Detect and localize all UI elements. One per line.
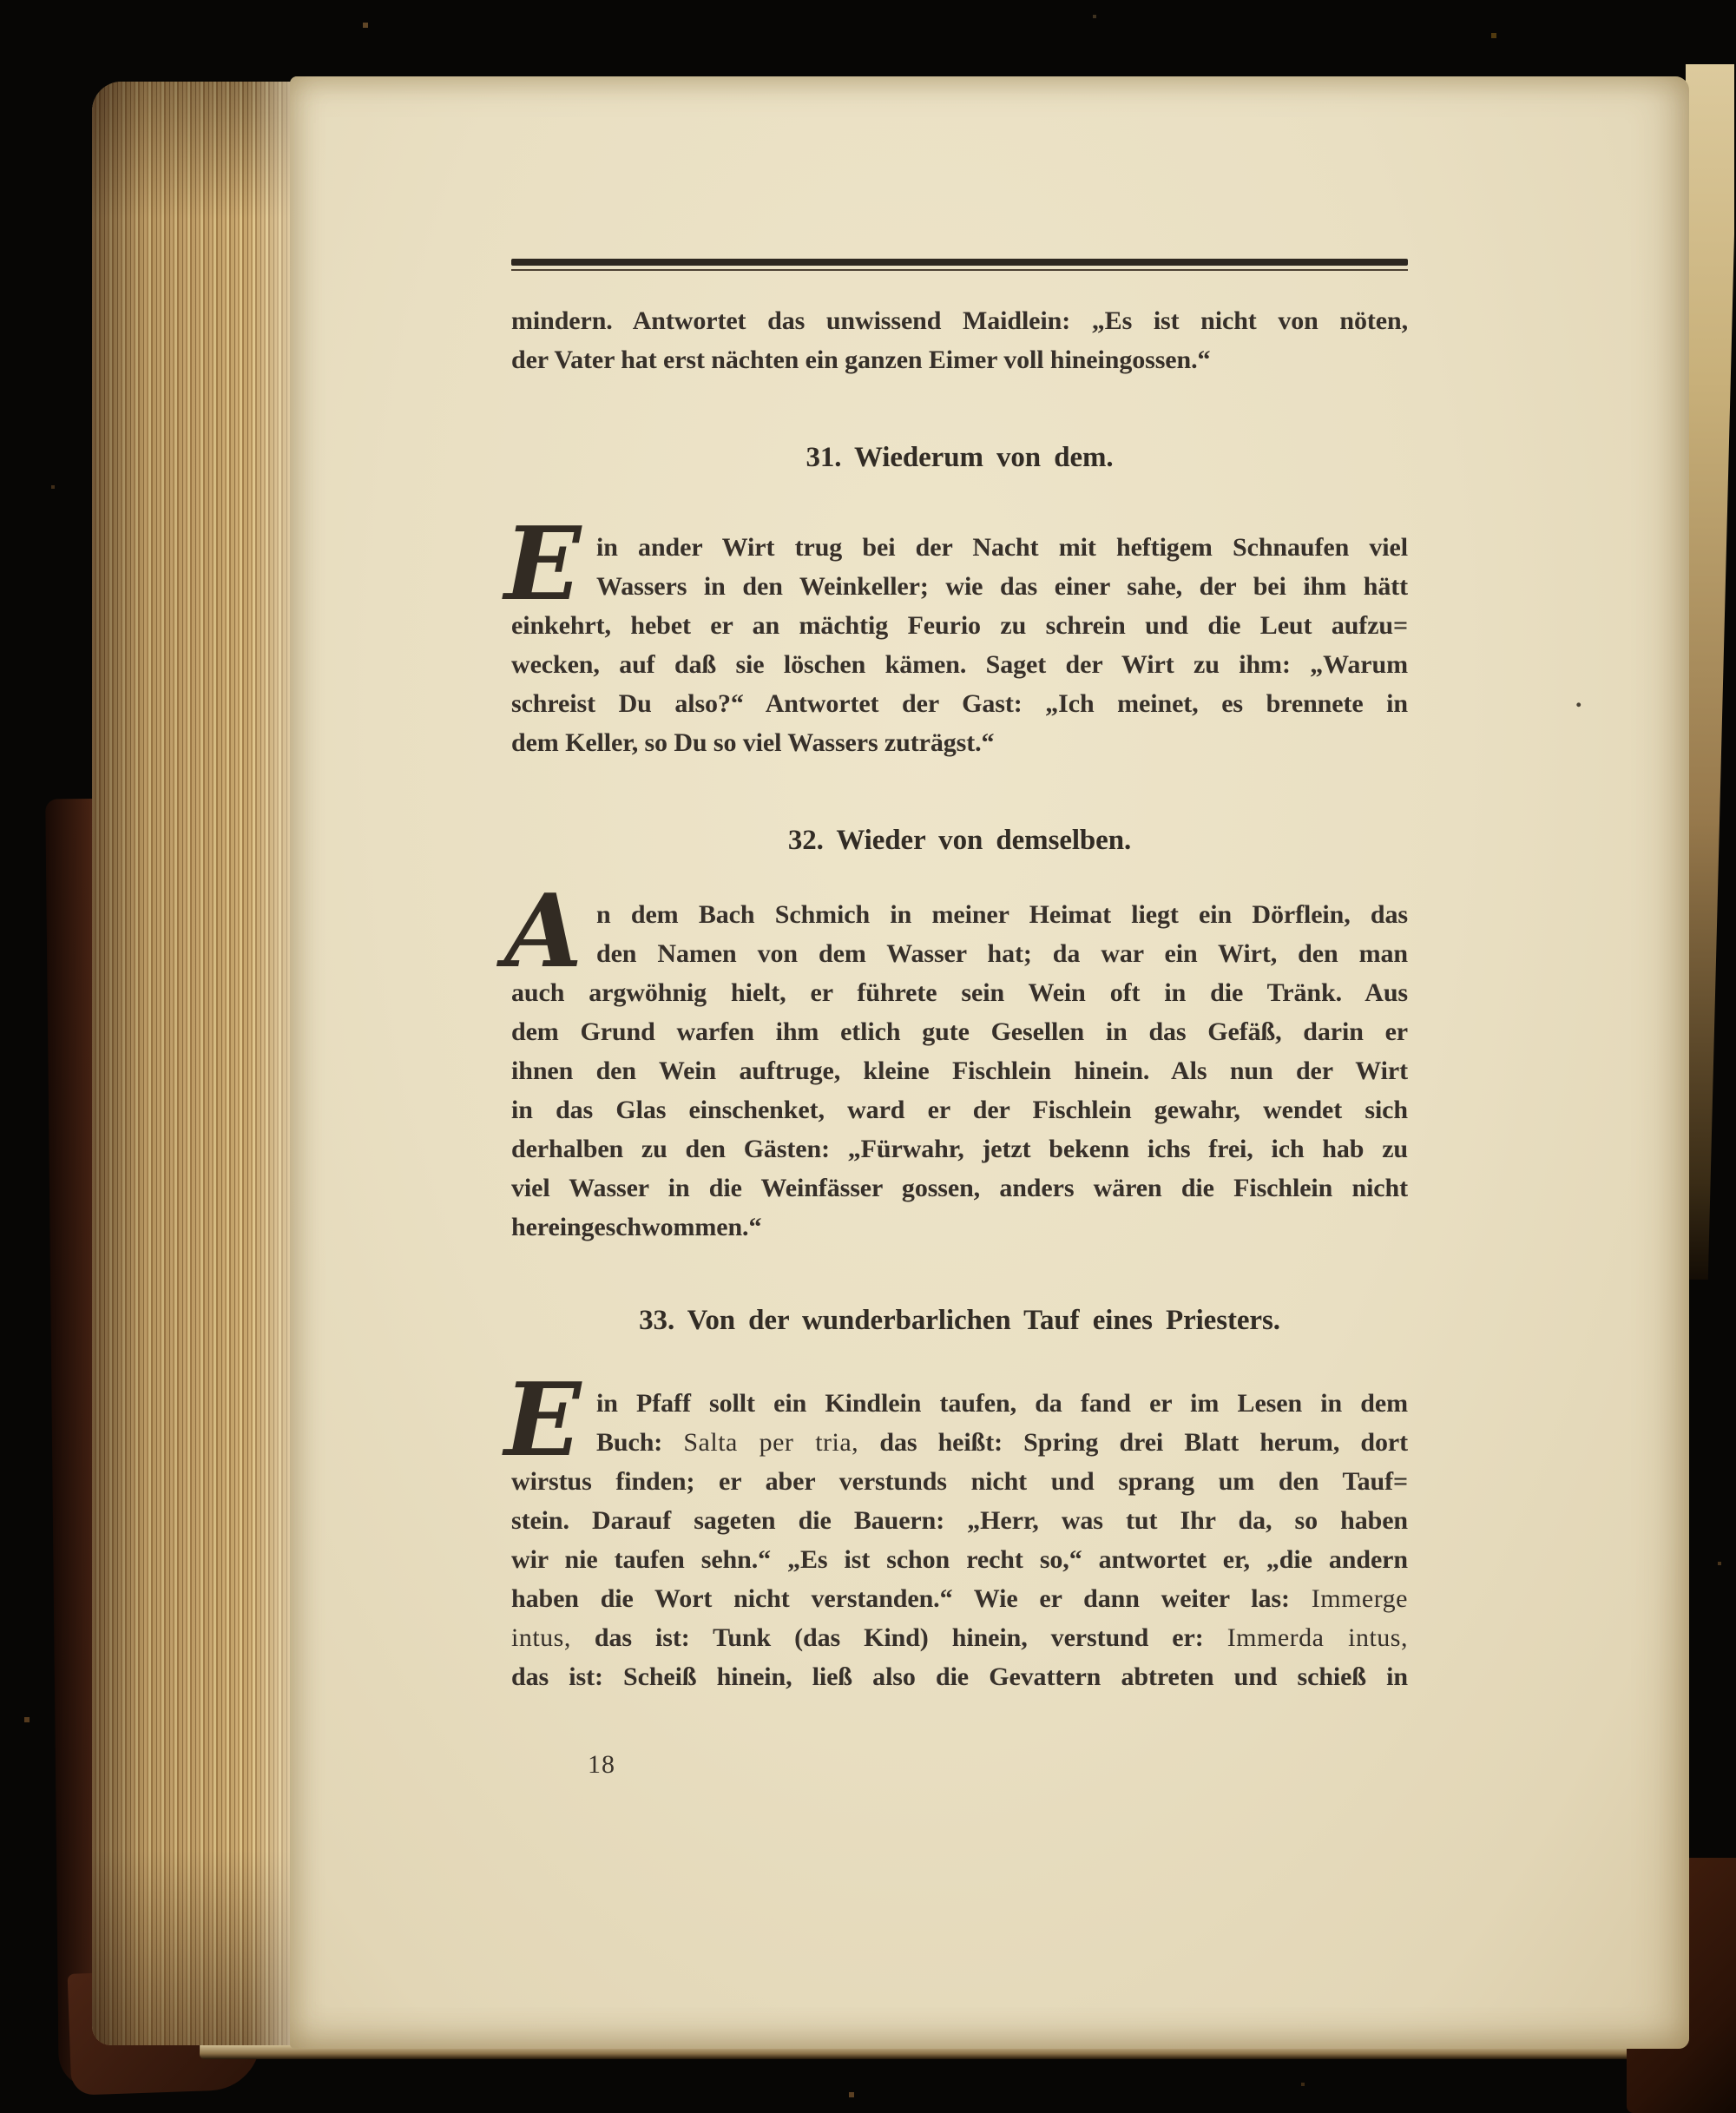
fraktur-text: in das Glas einschenket, ward er der Fis… bbox=[511, 1096, 1408, 1124]
paragraph-section-31: Ein ander Wirt trug bei der Nacht mit he… bbox=[511, 528, 1408, 762]
text-line: Wassers in den Weinkeller; wie das einer… bbox=[511, 567, 1408, 606]
fraktur-text: derhalben zu den Gästen: „Fürwahr, jetzt… bbox=[511, 1135, 1408, 1163]
fraktur-text: in Pfaff sollt ein Kindlein taufen, da f… bbox=[596, 1389, 1408, 1418]
fraktur-text: haben die Wort nicht verstanden.“ Wie er… bbox=[511, 1584, 1312, 1613]
text-block: mindern. Antwortet das unwissend Maidlei… bbox=[511, 301, 1408, 1780]
paragraph-section-32: An dem Bach Schmich in meiner Heimat lie… bbox=[511, 895, 1408, 1247]
fraktur-text: stein. Darauf sageten die Bauern: „Herr,… bbox=[511, 1506, 1408, 1535]
fraktur-text: das heißt: Spring drei Blatt herum, dort bbox=[858, 1428, 1408, 1457]
fraktur-text: wir nie taufen sehn.“ „Es ist schon rech… bbox=[511, 1545, 1408, 1574]
text-line: hereingeschwommen.“ bbox=[511, 1208, 1408, 1247]
fraktur-text: Wassers in den Weinkeller; wie das einer… bbox=[596, 572, 1408, 601]
section-heading-31: 31. Wiederum von dem. bbox=[511, 438, 1408, 477]
fraktur-text: auch argwöhnig hielt, er führete sein We… bbox=[511, 978, 1408, 1007]
header-rule-thin-line bbox=[511, 269, 1408, 271]
paragraph-intro-continuation: mindern. Antwortet das unwissend Maidlei… bbox=[511, 301, 1408, 379]
text-line: dem Grund warfen ihm etlich gute Geselle… bbox=[511, 1012, 1408, 1051]
antiqua-text: intus, bbox=[511, 1623, 571, 1652]
text-line: dem Keller, so Du so viel Wassers zuträg… bbox=[511, 723, 1408, 762]
fraktur-text: dem Grund warfen ihm etlich gute Geselle… bbox=[511, 1017, 1408, 1046]
fraktur-text: das ist: Scheiß hinein, ließ also die Ge… bbox=[511, 1662, 1408, 1691]
text-line: Buch: Salta per tria, das heißt: Spring … bbox=[511, 1423, 1408, 1462]
header-rule bbox=[511, 259, 1408, 271]
fraktur-text: wecken, auf daß sie löschen kämen. Saget… bbox=[511, 650, 1408, 679]
fraktur-text: das ist: Tunk (das Kind) hinein, verstun… bbox=[571, 1623, 1227, 1652]
drop-cap-initial: A bbox=[504, 892, 582, 971]
text-line: den Namen von dem Wasser hat; da war ein… bbox=[511, 934, 1408, 973]
antiqua-text: Immerda intus, bbox=[1227, 1623, 1408, 1652]
book-page: . mindern. Antwortet das unwissend Maidl… bbox=[290, 76, 1689, 2049]
antiqua-text: Salta per tria, bbox=[683, 1428, 858, 1457]
section-heading-33: 33. Von der wunderbarlichen Tauf eines P… bbox=[511, 1301, 1408, 1340]
text-line: stein. Darauf sageten die Bauern: „Herr,… bbox=[511, 1501, 1408, 1540]
text-line: wir nie taufen sehn.“ „Es ist schon rech… bbox=[511, 1540, 1408, 1579]
text-line: intus, das ist: Tunk (das Kind) hinein, … bbox=[511, 1618, 1408, 1657]
fraktur-text: den Namen von dem Wasser hat; da war ein… bbox=[596, 939, 1408, 968]
text-line: schreist Du also?“ Antwortet der Gast: „… bbox=[511, 684, 1408, 723]
antiqua-text: Immerge bbox=[1312, 1584, 1408, 1613]
text-line: in das Glas einschenket, ward er der Fis… bbox=[511, 1090, 1408, 1129]
fraktur-text: viel Wasser in die Weinfässer gossen, an… bbox=[511, 1174, 1408, 1202]
text-line: auch argwöhnig hielt, er führete sein We… bbox=[511, 973, 1408, 1012]
paragraph-section-33: Ein Pfaff sollt ein Kindlein taufen, da … bbox=[511, 1384, 1408, 1696]
fraktur-text: Buch: bbox=[596, 1428, 683, 1457]
fraktur-text: in ander Wirt trug bei der Nacht mit hef… bbox=[596, 533, 1408, 562]
fraktur-text: n dem Bach Schmich in meiner Heimat lieg… bbox=[596, 900, 1408, 929]
text-line: wirstus finden; er aber verstunds nicht … bbox=[511, 1462, 1408, 1501]
text-line: in Pfaff sollt ein Kindlein taufen, da f… bbox=[511, 1384, 1408, 1423]
text-line: der Vater hat erst nächten ein ganzen Ei… bbox=[511, 340, 1408, 379]
adjacent-page-edge bbox=[1686, 64, 1734, 1280]
text-line: in ander Wirt trug bei der Nacht mit hef… bbox=[511, 528, 1408, 567]
section-heading-32: 32. Wieder von demselben. bbox=[511, 821, 1408, 860]
text-line: ihnen den Wein auftruge, kleine Fischlei… bbox=[511, 1051, 1408, 1090]
drop-cap-initial: E bbox=[504, 524, 581, 604]
drop-cap-initial: E bbox=[504, 1380, 581, 1460]
text-line: wecken, auf daß sie löschen kämen. Saget… bbox=[511, 645, 1408, 684]
fraktur-text: einkehrt, hebet er an mächtig Feurio zu … bbox=[511, 611, 1408, 640]
fraktur-text: ihnen den Wein auftruge, kleine Fischlei… bbox=[511, 1056, 1408, 1085]
text-line: n dem Bach Schmich in meiner Heimat lieg… bbox=[511, 895, 1408, 934]
text-line: das ist: Scheiß hinein, ließ also die Ge… bbox=[511, 1657, 1408, 1696]
fraktur-text: dem Keller, so Du so viel Wassers zuträg… bbox=[511, 728, 994, 757]
fraktur-text: mindern. Antwortet das unwissend Maidlei… bbox=[511, 306, 1408, 335]
text-line: mindern. Antwortet das unwissend Maidlei… bbox=[511, 301, 1408, 340]
text-line: haben die Wort nicht verstanden.“ Wie er… bbox=[511, 1579, 1408, 1618]
book-photo: . mindern. Antwortet das unwissend Maidl… bbox=[0, 0, 1736, 2113]
page-content: mindern. Antwortet das unwissend Maidlei… bbox=[290, 76, 1689, 2049]
dust-specks bbox=[0, 0, 2, 2]
text-line: derhalben zu den Gästen: „Fürwahr, jetzt… bbox=[511, 1129, 1408, 1168]
header-rule-thick-line bbox=[511, 259, 1408, 266]
fraktur-text: der Vater hat erst nächten ein ganzen Ei… bbox=[511, 346, 1210, 374]
fraktur-text: hereingeschwommen.“ bbox=[511, 1213, 761, 1241]
book-page-edges bbox=[92, 82, 293, 2045]
fraktur-text: schreist Du also?“ Antwortet der Gast: „… bbox=[511, 689, 1408, 718]
text-line: einkehrt, hebet er an mächtig Feurio zu … bbox=[511, 606, 1408, 645]
fraktur-text: wirstus finden; er aber verstunds nicht … bbox=[511, 1467, 1408, 1496]
page-number: 18 bbox=[511, 1750, 1408, 1780]
text-line: viel Wasser in die Weinfässer gossen, an… bbox=[511, 1168, 1408, 1208]
